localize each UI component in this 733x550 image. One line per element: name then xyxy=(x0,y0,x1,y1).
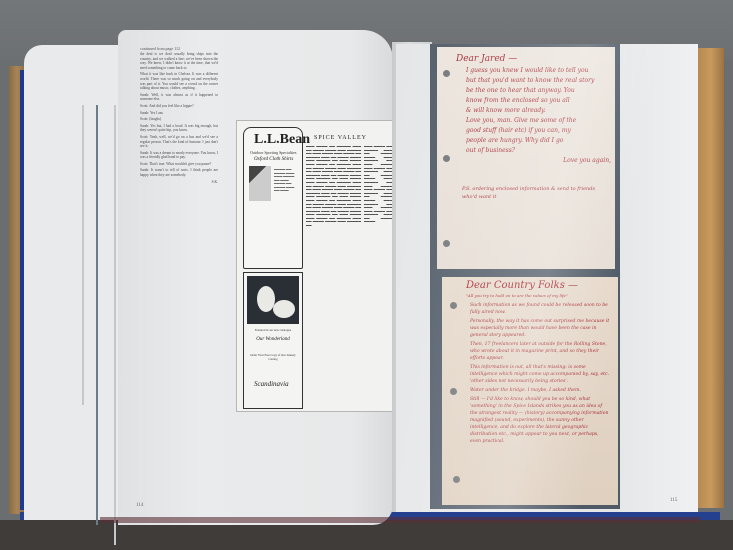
letter2-salutation: Dear Country Folks — xyxy=(466,280,578,291)
bunny-ad-signature: Scandinavia xyxy=(254,380,289,388)
book-cover-right-edge xyxy=(698,48,724,508)
letter-paragraph: Such information as we found could be re… xyxy=(470,302,610,316)
left-page-body: the deal is we don't usually bring ships… xyxy=(140,52,218,186)
article-column: ▬▬▬ ▬▬▬▬ ▬▬ ▬▬▬▬▬ ▬▬▬ ▬▬ ▬▬▬▬ ▬▬▬▬ ▬▬▬ ▬… xyxy=(306,145,361,228)
letter-line: Love you again, xyxy=(466,156,611,166)
page-edge-line xyxy=(82,105,84,405)
running-head: continued from page 112 xyxy=(140,46,180,51)
shirt-illustration-icon xyxy=(249,166,271,201)
paragraph: What it was like back in Chelsea. It was… xyxy=(140,72,218,90)
paragraph: Scott: Yeah, well, we'd go on a bus and … xyxy=(140,135,218,149)
paragraph: Sarah: Yes but, I had a hood. It was big… xyxy=(140,124,218,133)
page-number-left: 114 xyxy=(136,503,143,508)
llbean-ad: L.L.Bean Outdoor Sporting Specialties Ox… xyxy=(243,127,303,269)
right-page-margin xyxy=(620,44,698,512)
paragraph: Sarah: It was a dream to nearly everyone… xyxy=(140,151,218,160)
letter-paragraph: Then, 17 freelancers later at outside fo… xyxy=(470,341,610,362)
page-number-right: 115 xyxy=(670,498,677,503)
article-title: SPICE VALLEY xyxy=(314,135,367,141)
letter-line: be the one to hear that anyway. You xyxy=(466,86,611,96)
letter1-body: I guess you knew I would like to tell yo… xyxy=(466,66,611,166)
paragraph: Scott: That's true. What wouldn't give y… xyxy=(140,162,218,167)
paragraph: Scott: (laughs) xyxy=(140,117,218,122)
letter-line: Love you, man. Give me some of the xyxy=(466,116,611,126)
page-edge-line xyxy=(114,105,116,545)
page-edge-line xyxy=(96,105,98,525)
bunny-ad-title: Our Wonderland xyxy=(248,337,298,342)
article-column: ▬▬▬ ▬▬▬▬ ▬▬ ▬▬▬▬▬ ▬▬▬ ▬▬ ▬▬▬▬ ▬▬▬▬ ▬▬▬ ▬… xyxy=(364,145,392,224)
punch-hole xyxy=(453,476,460,483)
letter2-body: Such information as we found could be re… xyxy=(470,302,610,445)
paragraph: Sarah: Well, it was almost as if it happ… xyxy=(140,93,218,102)
letter-line: out of business? xyxy=(466,146,611,156)
letter-line: but that you'd want to know the real sto… xyxy=(466,76,611,86)
letter-paragraph: This information is out, all that's miss… xyxy=(470,364,610,385)
letter1-postscript: P.S. ordering enclosed information & sen… xyxy=(462,185,610,201)
paragraph: the deal is we don't usually bring ships… xyxy=(140,52,218,70)
llbean-tagline: Outdoor Sporting Specialties xyxy=(250,150,296,155)
bunny-ad-order: Order Your Free Copy of Our January Cata… xyxy=(248,353,298,361)
paragraph: Sarah: Yes I am. xyxy=(140,111,218,116)
llbean-brand: L.L.Bean xyxy=(254,132,310,148)
letter-paragraph: Still — I'd like to know, should you be … xyxy=(470,396,610,445)
punch-hole xyxy=(443,70,450,77)
letter2-subtitle: "All you try to hold on to are the value… xyxy=(466,293,606,299)
letter-line: & will know more already. xyxy=(466,106,611,116)
ad-copy: ▬▬▬▬ ▬▬ ▬▬▬▬ ▬▬▬ ▬▬▬ ▬▬▬▬ ▬▬ ▬▬▬ ▬▬▬▬ ▬▬… xyxy=(274,168,299,193)
punch-hole xyxy=(443,240,450,247)
rabbits-photo xyxy=(247,276,299,324)
llbean-product: Oxford Cloth Shirts xyxy=(254,157,293,162)
punch-hole xyxy=(450,388,457,395)
letter-paragraph: Water under the bridge. I maybe, I asked… xyxy=(470,387,610,394)
letter-line: people are hungry. Why did I go xyxy=(466,136,611,146)
paragraph: Sarah: It wasn't to tell of sorts. I thi… xyxy=(140,168,218,177)
letter-line: I guess you knew I would like to tell yo… xyxy=(466,66,611,76)
punch-hole xyxy=(443,155,450,162)
letter-line: know from the enclosed so you all xyxy=(466,96,611,106)
letter-paragraph: Personally, the way it has come out surp… xyxy=(470,318,610,339)
book-bottom-shadow xyxy=(100,517,700,523)
spice-valley-article: SPICE VALLEY ▬▬▬ ▬▬▬▬ ▬▬ ▬▬▬▬▬ ▬▬▬ ▬▬ ▬▬… xyxy=(304,127,394,407)
signoff: S.K. xyxy=(140,180,218,185)
letter1-salutation: Dear Jared — xyxy=(456,54,517,64)
rabbit-shape xyxy=(273,300,295,318)
punch-hole xyxy=(450,302,457,309)
paragraph: Scott: And did you feel like a hippie? xyxy=(140,104,218,109)
bunny-ad: Featured in our new catalogue Our Wonder… xyxy=(243,272,303,409)
letter-line: good stuff (hair etc) if you can, my xyxy=(466,126,611,136)
bunny-ad-caption: Featured in our new catalogue xyxy=(248,328,298,332)
